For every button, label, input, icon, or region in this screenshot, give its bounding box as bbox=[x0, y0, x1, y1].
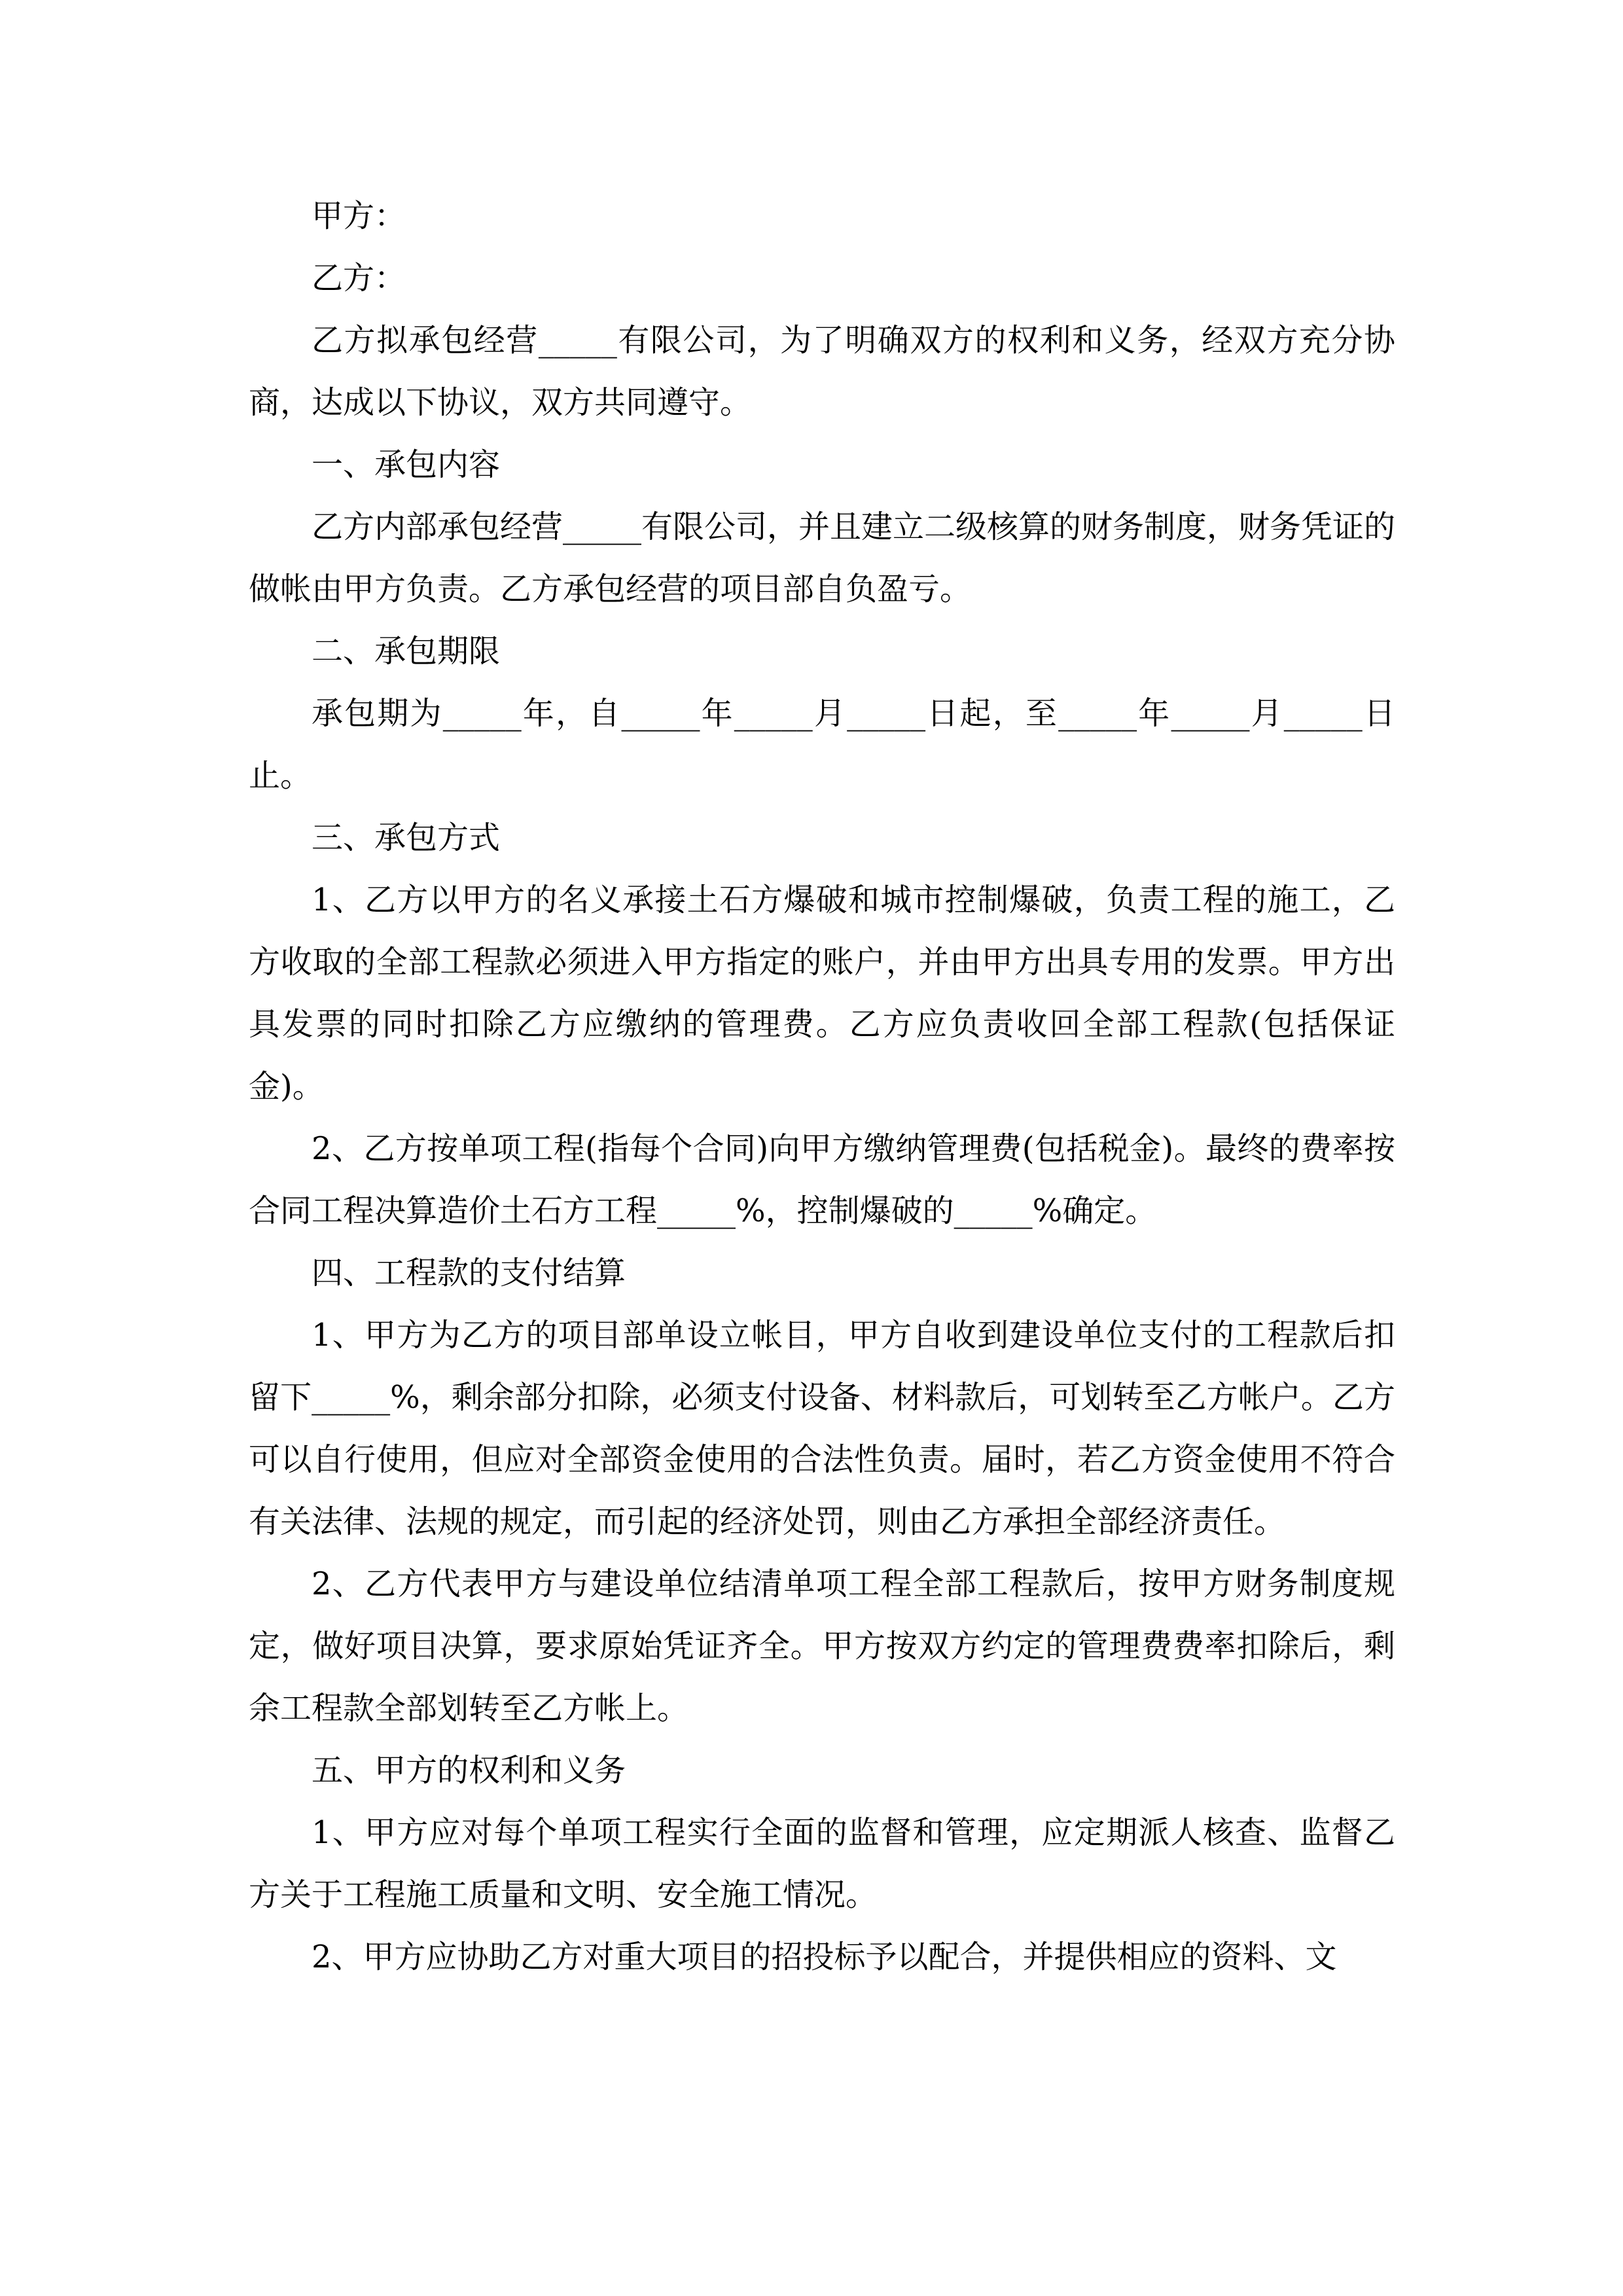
document-page: 甲方： 乙方： 乙方拟承包经营_____有限公司，为了明确双方的权利和义务，经双… bbox=[0, 0, 1623, 2296]
party-a-line: 甲方： bbox=[249, 185, 1395, 247]
section-heading-3: 三、承包方式 bbox=[249, 807, 1395, 869]
section-heading-1: 一、承包内容 bbox=[249, 434, 1395, 496]
clause-5-2: 2、甲方应协助乙方对重大项目的招投标予以配合，并提供相应的资料、文 bbox=[249, 1926, 1395, 1988]
clause-4-1: 1、甲方为乙方的项目部单设立帐目，甲方自收到建设单位支付的工程款后扣留下____… bbox=[249, 1304, 1395, 1553]
section-heading-4: 四、工程款的支付结算 bbox=[249, 1242, 1395, 1304]
preamble-paragraph: 乙方拟承包经营_____有限公司，为了明确双方的权利和义务，经双方充分协商，达成… bbox=[249, 310, 1395, 434]
clause-3-1: 1、乙方以甲方的名义承接土石方爆破和城市控制爆破，负责工程的施工，乙方收取的全部… bbox=[249, 869, 1395, 1118]
clause-1-1: 乙方内部承包经营_____有限公司，并且建立二级核算的财务制度，财务凭证的做帐由… bbox=[249, 496, 1395, 620]
party-b-line: 乙方： bbox=[249, 247, 1395, 310]
clause-4-2: 2、乙方代表甲方与建设单位结清单项工程全部工程款后，按甲方财务制度规定，做好项目… bbox=[249, 1553, 1395, 1740]
clause-3-2: 2、乙方按单项工程(指每个合同)向甲方缴纳管理费(包括税金)。最终的费率按合同工… bbox=[249, 1118, 1395, 1242]
section-heading-2: 二、承包期限 bbox=[249, 620, 1395, 683]
section-heading-5: 五、甲方的权利和义务 bbox=[249, 1740, 1395, 1802]
clause-2-1: 承包期为_____年，自_____年_____月_____日起，至_____年_… bbox=[249, 683, 1395, 807]
clause-5-1: 1、甲方应对每个单项工程实行全面的监督和管理，应定期派人核查、监督乙方关于工程施… bbox=[249, 1802, 1395, 1926]
contract-document: 甲方： 乙方： 乙方拟承包经营_____有限公司，为了明确双方的权利和义务，经双… bbox=[249, 185, 1395, 1988]
